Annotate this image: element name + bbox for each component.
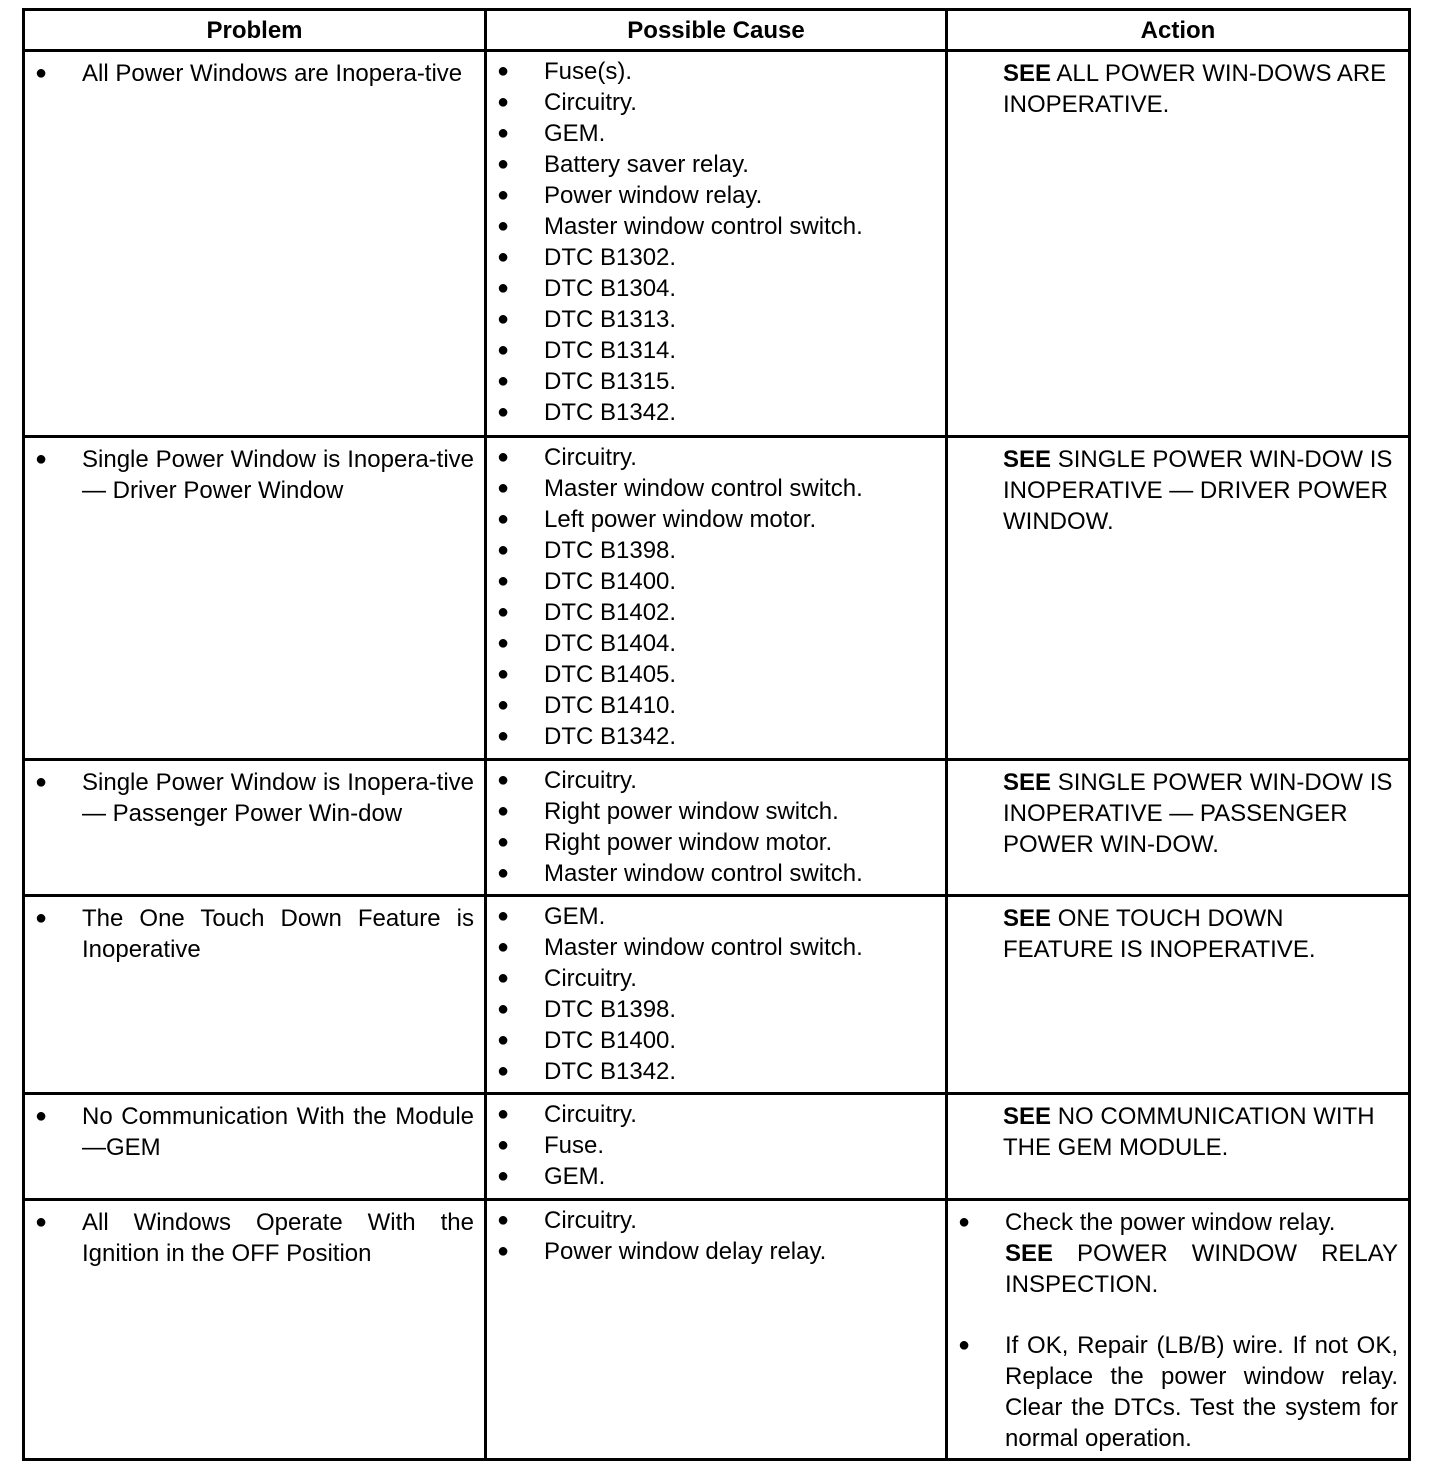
see-label: SEE (1003, 905, 1051, 932)
bullet-item: ●No Communication With the Module —GEM (33, 1101, 474, 1163)
header-row: Problem Possible Cause Action (24, 10, 1410, 51)
see-label: SEE (1005, 1240, 1053, 1267)
bullet-item: ●DTC B1402. (495, 597, 935, 628)
bullet-icon: ● (495, 180, 544, 211)
bullet-text: Master window control switch. (544, 932, 935, 963)
action-reference: ALL POWER WIN-DOWS ARE INOPERATIVE. (1003, 60, 1386, 118)
action-reference: NO COMMUNICATION WITH THE GEM MODULE. (1003, 1103, 1375, 1161)
bullet-item: ●DTC B1398. (495, 994, 935, 1025)
diagnostic-table: Problem Possible Cause Action ●All Power… (22, 8, 1411, 1461)
bullet-icon: ● (495, 858, 544, 889)
bullet-text: All Power Windows are Inopera-tive (82, 58, 474, 89)
bullet-item: ●The One Touch Down Feature is Inoperati… (33, 903, 474, 965)
bullet-text: Power window relay. (544, 180, 935, 211)
table-row: ●The One Touch Down Feature is Inoperati… (24, 896, 1410, 1094)
bullet-text: Circuitry. (544, 1099, 935, 1130)
action-cell: SEE SINGLE POWER WIN-DOW IS INOPERATIVE … (947, 760, 1410, 896)
table-row: ●All Windows Operate With the Ignition i… (24, 1200, 1410, 1460)
bullet-text: DTC B1404. (544, 628, 935, 659)
bullet-icon: ● (495, 442, 544, 473)
header-problem: Problem (24, 10, 486, 51)
bullet-item: ●If OK, Repair (LB/B) wire. If not OK, R… (956, 1330, 1398, 1454)
bullet-icon: ● (33, 767, 82, 829)
bullet-text: Left power window motor. (544, 504, 935, 535)
bullet-icon: ● (495, 963, 544, 994)
bullet-item: ●Circuitry. (495, 765, 935, 796)
bullet-text: DTC B1410. (544, 690, 935, 721)
action-cell: ●Check the power window relay.SEE POWER … (947, 1200, 1410, 1460)
bullet-icon: ● (33, 58, 82, 89)
bullet-icon: ● (33, 444, 82, 506)
bullet-icon: ● (495, 1161, 544, 1192)
bullet-icon: ● (956, 1207, 1005, 1300)
bullet-icon: ● (495, 1205, 544, 1236)
bullet-item: ●Master window control switch. (495, 858, 935, 889)
bullet-text: Power window delay relay. (544, 1236, 935, 1267)
bullet-icon: ● (956, 1330, 1005, 1454)
bullet-item: ●DTC B1313. (495, 304, 935, 335)
bullet-icon: ● (33, 903, 82, 965)
bullet-item: ●Circuitry. (495, 87, 935, 118)
bullet-text: DTC B1398. (544, 535, 935, 566)
bullet-text: DTC B1314. (544, 335, 935, 366)
bullet-text: DTC B1304. (544, 273, 935, 304)
bullet-icon: ● (495, 473, 544, 504)
bullet-item: ●Right power window motor. (495, 827, 935, 858)
bullet-text: DTC B1302. (544, 242, 935, 273)
bullet-item: ●DTC B1302. (495, 242, 935, 273)
bullet-item: ●Master window control switch. (495, 473, 935, 504)
bullet-text: Circuitry. (544, 765, 935, 796)
bullet-text: Master window control switch. (544, 858, 935, 889)
bullet-icon: ● (495, 504, 544, 535)
bullet-text: DTC B1315. (544, 366, 935, 397)
bullet-item: ●DTC B1314. (495, 335, 935, 366)
bullet-text: Circuitry. (544, 963, 935, 994)
bullet-icon: ● (495, 211, 544, 242)
bullet-item: ●DTC B1400. (495, 566, 935, 597)
see-label: SEE (1003, 446, 1051, 473)
bullet-icon: ● (495, 1056, 544, 1087)
see-label: SEE (1003, 1103, 1051, 1130)
bullet-text: DTC B1342. (544, 1056, 935, 1087)
bullet-item: ●DTC B1315. (495, 366, 935, 397)
bullet-icon: ● (495, 273, 544, 304)
bullet-item: ●Right power window switch. (495, 796, 935, 827)
bullet-icon: ● (495, 827, 544, 858)
bullet-item: ●GEM. (495, 118, 935, 149)
possible-cause-cell: ●Circuitry.●Master window control switch… (486, 437, 947, 760)
bullet-text: DTC B1405. (544, 659, 935, 690)
bullet-item: ●Master window control switch. (495, 932, 935, 963)
bullet-text: Master window control switch. (544, 473, 935, 504)
bullet-icon: ● (495, 721, 544, 752)
action-reference: SINGLE POWER WIN-DOW IS INOPERATIVE — DR… (1003, 446, 1392, 535)
bullet-item: ●DTC B1400. (495, 1025, 935, 1056)
table-row: ●All Power Windows are Inopera-tive●Fuse… (24, 51, 1410, 437)
bullet-icon: ● (495, 335, 544, 366)
header-action: Action (947, 10, 1410, 51)
possible-cause-cell: ●GEM.●Master window control switch.●Circ… (486, 896, 947, 1094)
action-reference: POWER WINDOW RELAY INSPECTION. (1005, 1240, 1398, 1298)
bullet-text: DTC B1398. (544, 994, 935, 1025)
see-label: SEE (1003, 60, 1051, 87)
table-row: ●Single Power Window is Inopera-tive — P… (24, 760, 1410, 896)
bullet-item: ●DTC B1342. (495, 1056, 935, 1087)
bullet-icon: ● (495, 659, 544, 690)
table-row: ●No Communication With the Module —GEM●C… (24, 1094, 1410, 1200)
bullet-text: Circuitry. (544, 1205, 935, 1236)
bullet-icon: ● (495, 690, 544, 721)
bullet-text: GEM. (544, 118, 935, 149)
problem-cell: ●Single Power Window is Inopera-tive — D… (24, 437, 486, 760)
bullet-item: ●Battery saver relay. (495, 149, 935, 180)
bullet-item: ●Power window relay. (495, 180, 935, 211)
bullet-text: Master window control switch. (544, 211, 935, 242)
bullet-icon: ● (495, 118, 544, 149)
bullet-text: DTC B1400. (544, 1025, 935, 1056)
bullet-text: Fuse. (544, 1130, 935, 1161)
see-label: SEE (1003, 769, 1051, 796)
problem-cell: ●No Communication With the Module —GEM (24, 1094, 486, 1200)
bullet-icon: ● (33, 1207, 82, 1269)
bullet-text: Single Power Window is Inopera-tive — Pa… (82, 767, 474, 829)
action-cell: SEE NO COMMUNICATION WITH THE GEM MODULE… (947, 1094, 1410, 1200)
bullet-item: ●Circuitry. (495, 963, 935, 994)
bullet-item: ●DTC B1410. (495, 690, 935, 721)
bullet-text: Check the power window relay.SEE POWER W… (1005, 1207, 1398, 1300)
bullet-icon: ● (495, 397, 544, 428)
bullet-text: All Windows Operate With the Ignition in… (82, 1207, 474, 1269)
bullet-icon: ● (495, 932, 544, 963)
header-possible-cause: Possible Cause (486, 10, 947, 51)
action-reference: SINGLE POWER WIN-DOW IS INOPERATIVE — PA… (1003, 769, 1392, 858)
bullet-text: Circuitry. (544, 87, 935, 118)
bullet-text: The One Touch Down Feature is Inoperativ… (82, 903, 474, 965)
action-cell: SEE ONE TOUCH DOWN FEATURE IS INOPERATIV… (947, 896, 1410, 1094)
bullet-icon: ● (495, 535, 544, 566)
bullet-item: ●Left power window motor. (495, 504, 935, 535)
bullet-text: GEM. (544, 1161, 935, 1192)
bullet-item: ●All Windows Operate With the Ignition i… (33, 1207, 474, 1269)
bullet-text: Single Power Window is Inopera-tive — Dr… (82, 444, 474, 506)
possible-cause-cell: ●Circuitry.●Fuse.●GEM. (486, 1094, 947, 1200)
bullet-icon: ● (495, 149, 544, 180)
bullet-icon: ● (495, 366, 544, 397)
bullet-icon: ● (495, 87, 544, 118)
bullet-text: DTC B1402. (544, 597, 935, 628)
bullet-item: ●GEM. (495, 901, 935, 932)
bullet-text: If OK, Repair (LB/B) wire. If not OK, Re… (1005, 1330, 1398, 1454)
bullet-icon: ● (495, 901, 544, 932)
bullet-text: DTC B1342. (544, 721, 935, 752)
bullet-text: No Communication With the Module —GEM (82, 1101, 474, 1163)
bullet-item: ●Check the power window relay.SEE POWER … (956, 1207, 1398, 1300)
problem-cell: ●All Windows Operate With the Ignition i… (24, 1200, 486, 1460)
bullet-icon: ● (33, 1101, 82, 1163)
bullet-item: ●Master window control switch. (495, 211, 935, 242)
bullet-item: ●Single Power Window is Inopera-tive — P… (33, 767, 474, 829)
bullet-icon: ● (495, 597, 544, 628)
bullet-text: DTC B1313. (544, 304, 935, 335)
bullet-icon: ● (495, 994, 544, 1025)
bullet-item: ●DTC B1342. (495, 721, 935, 752)
bullet-text: DTC B1400. (544, 566, 935, 597)
bullet-text: Circuitry. (544, 442, 935, 473)
bullet-text: DTC B1342. (544, 397, 935, 428)
bullet-item: ●DTC B1342. (495, 397, 935, 428)
bullet-item: ●Circuitry. (495, 442, 935, 473)
bullet-icon: ● (495, 1130, 544, 1161)
bullet-text: Right power window switch. (544, 796, 935, 827)
possible-cause-cell: ●Circuitry.●Power window delay relay. (486, 1200, 947, 1460)
bullet-text: Right power window motor. (544, 827, 935, 858)
problem-cell: ●All Power Windows are Inopera-tive (24, 51, 486, 437)
bullet-icon: ● (495, 56, 544, 87)
bullet-text: Fuse(s). (544, 56, 935, 87)
possible-cause-cell: ●Fuse(s).●Circuitry.●GEM.●Battery saver … (486, 51, 947, 437)
bullet-icon: ● (495, 1025, 544, 1056)
bullet-icon: ● (495, 796, 544, 827)
bullet-item: ●GEM. (495, 1161, 935, 1192)
bullet-item: ●All Power Windows are Inopera-tive (33, 58, 474, 89)
possible-cause-cell: ●Circuitry.●Right power window switch.●R… (486, 760, 947, 896)
action-cell: SEE ALL POWER WIN-DOWS ARE INOPERATIVE. (947, 51, 1410, 437)
bullet-item: ●DTC B1304. (495, 273, 935, 304)
bullet-item: ●DTC B1404. (495, 628, 935, 659)
action-cell: SEE SINGLE POWER WIN-DOW IS INOPERATIVE … (947, 437, 1410, 760)
bullet-item: ●Power window delay relay. (495, 1236, 935, 1267)
bullet-item: ●Single Power Window is Inopera-tive — D… (33, 444, 474, 506)
bullet-icon: ● (495, 242, 544, 273)
table-row: ●Single Power Window is Inopera-tive — D… (24, 437, 1410, 760)
bullet-item: ●Fuse(s). (495, 56, 935, 87)
problem-cell: ●The One Touch Down Feature is Inoperati… (24, 896, 486, 1094)
bullet-item: ●Circuitry. (495, 1205, 935, 1236)
bullet-icon: ● (495, 1236, 544, 1267)
bullet-text: Battery saver relay. (544, 149, 935, 180)
bullet-item: ●DTC B1398. (495, 535, 935, 566)
bullet-icon: ● (495, 1099, 544, 1130)
bullet-item: ●Fuse. (495, 1130, 935, 1161)
problem-cell: ●Single Power Window is Inopera-tive — P… (24, 760, 486, 896)
bullet-icon: ● (495, 566, 544, 597)
bullet-item: ●Circuitry. (495, 1099, 935, 1130)
bullet-item: ●DTC B1405. (495, 659, 935, 690)
bullet-icon: ● (495, 765, 544, 796)
bullet-text: GEM. (544, 901, 935, 932)
bullet-icon: ● (495, 628, 544, 659)
bullet-icon: ● (495, 304, 544, 335)
